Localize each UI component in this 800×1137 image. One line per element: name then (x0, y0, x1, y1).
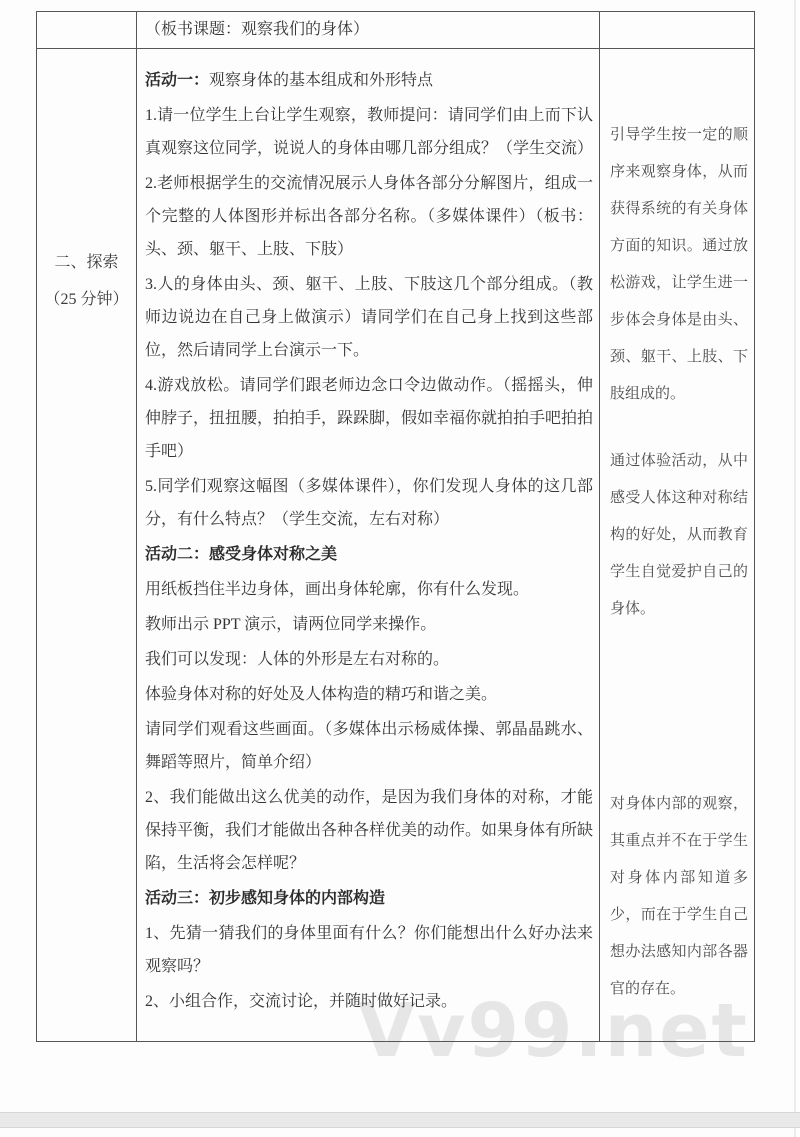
page-break-band (0, 1112, 800, 1128)
lesson-step: 体验身体对称的好处及人体构造的精巧和谐之美。 (145, 678, 593, 711)
lesson-step: 我们可以发现：人体的外形是左右对称的。 (145, 643, 593, 676)
design-intent-cell: 引导学生按一定的顺序来观察身体，从而获得系统的有关身体方面的知识。通过放松游戏，… (600, 49, 754, 1041)
activity2-header: 活动二：感受身体对称之美 (145, 538, 593, 571)
lesson-step: 5.同学们观察这幅图（多媒体课件），你们发现人身体的这几部分，有什么特点？（学生… (145, 470, 593, 536)
lesson-step: 教师出示 PPT 演示，请两位同学来操作。 (145, 608, 593, 641)
page-edge-line (794, 0, 796, 1137)
table-row-board-topic: （板书课题：观察我们的身体） (37, 12, 754, 49)
lesson-step: 4.游戏放松。请同学们跟老师边念口令边做动作。（摇摇头，伸伸脖子，扭扭腰，拍拍手… (145, 369, 593, 468)
stage-cell-empty (37, 12, 137, 48)
stage-label-cell: 二、探索 （25 分钟） (37, 49, 137, 1041)
activity1-label: 活动一： (145, 72, 209, 89)
lesson-step: 2、小组合作，交流讨论，并随时做好记录。 (145, 985, 593, 1018)
stage-label-line2: （25 分钟） (37, 281, 136, 318)
lesson-step: 1.请一位学生上台让学生观察，教师提问：请同学们由上而下认真观察这位同学，说说人… (145, 99, 593, 165)
stage-label-line1: 二、探索 (37, 244, 136, 281)
design-intent-note: 引导学生按一定的顺序来观察身体，从而获得系统的有关身体方面的知识。通过放松游戏，… (610, 117, 748, 413)
lesson-step: 2、我们能做出这么优美的动作，是因为我们身体的对称，才能保持平衡，我们才能做出各… (145, 781, 593, 880)
board-topic-cell: （板书课题：观察我们的身体） (137, 12, 600, 48)
board-topic-text: （板书课题：观察我们的身体） (145, 21, 369, 38)
lesson-plan-page: Vv99.net （板书课题：观察我们的身体） 二、探索 （25 分钟） 活动一… (0, 0, 800, 1137)
lesson-step: 3.人的身体由头、颈、躯干、上肢、下肢这几个部分组成。（教师边说边在自己身上做演… (145, 268, 593, 367)
table-row-explore: 二、探索 （25 分钟） 活动一：观察身体的基本组成和外形特点 1.请一位学生上… (37, 49, 754, 1041)
lesson-plan-table: （板书课题：观察我们的身体） 二、探索 （25 分钟） 活动一：观察身体的基本组… (36, 11, 755, 1042)
lesson-step: 1、先猜一猜我们的身体里面有什么？你们能想出什么好办法来观察吗？ (145, 917, 593, 983)
activity1-title: 观察身体的基本组成和外形特点 (209, 72, 433, 89)
lesson-step: 用纸板挡住半边身体，画出身体轮廓，你有什么发现。 (145, 573, 593, 606)
design-intent-note: 对身体内部的观察，其重点并不在于学生对身体内部知道多少，而在于学生自己想办法感知… (610, 786, 748, 1008)
lesson-step: 2.老师根据学生的交流情况展示人身体各部分分解图片，组成一个完整的人体图形并标出… (145, 167, 593, 266)
activity1-header: 活动一：观察身体的基本组成和外形特点 (145, 64, 593, 97)
design-intent-note: 通过体验活动，从中感受人体这种对称结构的好处，从而教育学生自觉爱护自己的身体。 (610, 443, 748, 628)
activity3-header: 活动三：初步感知身体的内部构造 (145, 882, 593, 915)
activities-cell: 活动一：观察身体的基本组成和外形特点 1.请一位学生上台让学生观察，教师提问：请… (137, 49, 600, 1041)
lesson-step: 请同学们观看这些画面。（多媒体出示杨威体操、郭晶晶跳水、舞蹈等照片，简单介绍） (145, 713, 593, 779)
